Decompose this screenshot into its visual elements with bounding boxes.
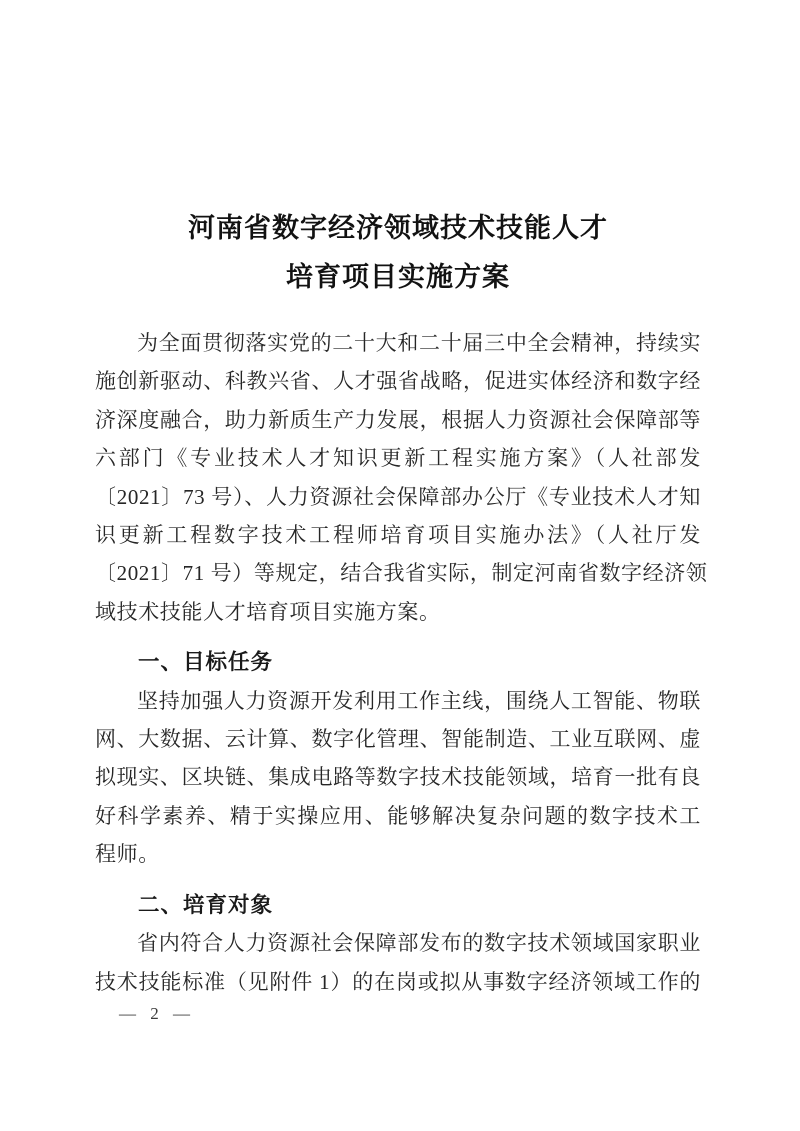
intro-paragraph-line: 识更新工程数字技术工程师培育项目实施办法》（人社厅发 xyxy=(95,516,701,554)
goals-paragraph-line: 好科学素养、精于实操应用、能够解决复杂问题的数字技术工 xyxy=(95,797,701,835)
section-heading-targets: 二、培育对象 xyxy=(95,886,701,924)
document-body: 为全面贯彻落实党的二十大和二十届三中全会精神，持续实 施创新驱动、科教兴省、人才… xyxy=(95,324,701,1001)
document-title-line-1: 河南省数字经济领域技术技能人才 xyxy=(95,204,701,253)
goals-paragraph-line: 坚持加强人力资源开发利用工作主线，围绕人工智能、物联 xyxy=(95,682,701,720)
intro-paragraph-line: 域技术技能人才培育项目实施方案。 xyxy=(95,593,701,631)
intro-paragraph-line: 〔2021〕73 号）、人力资源社会保障部办公厅《专业技术人才知 xyxy=(95,478,701,516)
targets-paragraph-line: 技术技能标准（见附件 1）的在岗或拟从事数字经济领域工作的 xyxy=(95,963,701,1001)
document-title-line-2: 培育项目实施方案 xyxy=(95,253,701,302)
goals-paragraph-line: 程师。 xyxy=(95,835,701,873)
goals-paragraph-line: 网、大数据、云计算、数字化管理、智能制造、工业互联网、虚 xyxy=(95,720,701,758)
document-page: 河南省数字经济领域技术技能人才 培育项目实施方案 为全面贯彻落实党的二十大和二十… xyxy=(0,0,800,1131)
targets-paragraph-line: 省内符合人力资源社会保障部发布的数字技术领域国家职业 xyxy=(95,924,701,962)
goals-paragraph-line: 拟现实、区块链、集成电路等数字技术技能领域，培育一批有良 xyxy=(95,758,701,796)
intro-paragraph-line: 施创新驱动、科教兴省、人才强省战略，促进实体经济和数字经 xyxy=(95,362,701,400)
section-heading-goals: 一、目标任务 xyxy=(95,643,701,681)
intro-paragraph-line: 〔2021〕71 号）等规定，结合我省实际，制定河南省数字经济领 xyxy=(95,554,701,592)
intro-paragraph-line: 济深度融合，助力新质生产力发展，根据人力资源社会保障部等 xyxy=(95,401,701,439)
page-number: — 2 — xyxy=(119,1002,195,1026)
document-title: 河南省数字经济领域技术技能人才 培育项目实施方案 xyxy=(95,204,701,302)
intro-paragraph-line: 六部门《专业技术人才知识更新工程实施方案》（人社部发 xyxy=(95,439,701,477)
intro-paragraph-line: 为全面贯彻落实党的二十大和二十届三中全会精神，持续实 xyxy=(95,324,701,362)
